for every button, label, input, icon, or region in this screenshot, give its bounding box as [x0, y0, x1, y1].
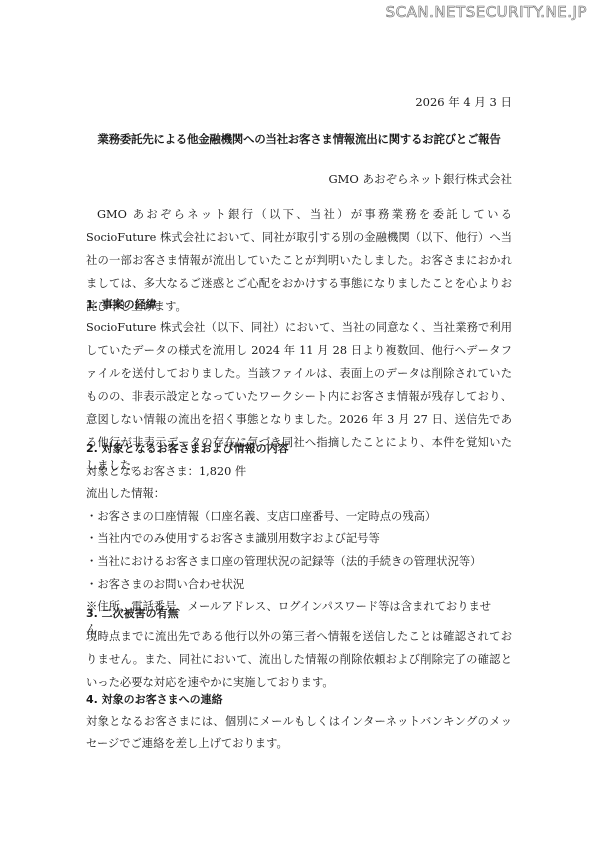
company-name: GMO あおぞらネット銀行株式会社 — [328, 171, 512, 187]
affected-count: 対象となるお客さま：1,820 件 — [86, 461, 512, 484]
list-item: 当社におけるお客さま口座の管理状況の記録等（法的手続きの管理状況等） — [86, 551, 512, 574]
leaked-info-label: 流出した情報： — [86, 483, 512, 506]
section-secondary-damage: 3. 二次被害の有無 現時点までに流出先である他行以外の第三者へ情報を送信したこ… — [86, 602, 512, 694]
document-date: 2026 年 4 月 3 日 — [415, 94, 512, 110]
document-title: 業務委託先による他金融機関への当社お客さま情報流出に関するお詫びとご報告 — [56, 131, 542, 147]
section-body: 現時点までに流出先である他行以外の第三者へ情報を送信したことは確認されておりませ… — [86, 625, 512, 694]
section-heading: 4. 対象のお客さまへの連絡 — [86, 689, 512, 711]
list-item: お客さまのお問い合わせ状況 — [86, 574, 512, 597]
list-item: お客さまの口座情報（口座名義、支店口座番号、一定時点の残高） — [86, 506, 512, 529]
section-body: 対象となるお客さまには、個別にメールもしくはインターネットバンキングのメッセージ… — [86, 711, 512, 755]
leaked-info-list: お客さまの口座情報（口座名義、支店口座番号、一定時点の残高） 当社内でのみ使用す… — [86, 506, 512, 596]
list-item: 当社内でのみ使用するお客さま識別用数字および記号等 — [86, 528, 512, 551]
section-heading: 2. 対象となるお客さまおよび情報の内容 — [86, 438, 512, 461]
watermark: SCAN.NETSECURITY.NE.JP — [386, 3, 587, 21]
section-heading: 3. 二次被害の有無 — [86, 602, 512, 625]
section-heading: 1. 事案の経緯 — [86, 293, 512, 316]
section-customer-contact: 4. 対象のお客さまへの連絡 対象となるお客さまには、個別にメールもしくはインタ… — [86, 689, 512, 755]
